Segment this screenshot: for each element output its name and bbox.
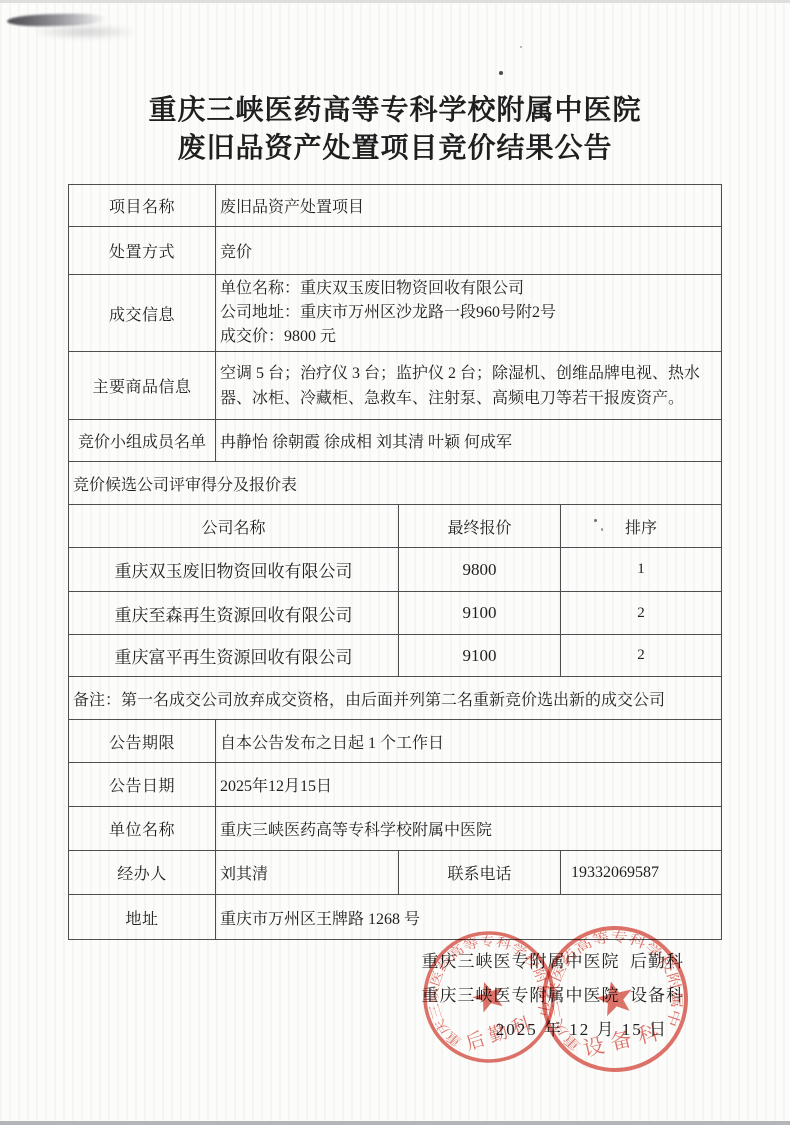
score-row: 重庆至森再生资源回收有限公司 9100 2 — [69, 592, 722, 635]
scan-top-edge — [0, 0, 790, 3]
announcement-table: 项目名称 废旧品资产处置项目 处置方式 竞价 成交信息 单位名称：重庆双玉废旧物… — [68, 184, 722, 940]
score-price: 9100 — [399, 592, 561, 635]
table-row: 主要商品信息 空调 5 台；治疗仪 3 台；监护仪 2 台；除湿机、创维品牌电视… — [69, 352, 722, 420]
remark-row: 备注：第一名成交公司放弃成交资格，由后面并列第二名重新竞价选出新的成交公司 — [69, 677, 722, 720]
notice-date-value: 2025年12月15日 — [216, 763, 722, 807]
phone-value: 19332069587 — [561, 851, 722, 895]
table-row: 竞价小组成员名单 冉静怡 徐朝霞 徐成相 刘其清 叶颖 何成军 — [69, 420, 722, 462]
score-row: 重庆富平再生资源回收有限公司 9100 2 — [69, 635, 722, 677]
score-header-row: 公司名称 最终报价 排序 — [69, 505, 722, 548]
agent-label: 经办人 — [69, 851, 216, 895]
address-label: 地址 — [69, 895, 216, 940]
score-company: 重庆至森再生资源回收有限公司 — [69, 592, 399, 635]
table-row: 竞价候选公司评审得分及报价表 — [69, 462, 722, 505]
unit-name-value: 重庆三峡医药高等专科学校附属中医院 — [216, 807, 722, 851]
deal-info-label: 成交信息 — [69, 275, 216, 352]
disposal-method-label: 处置方式 — [69, 227, 216, 275]
score-rank: 2 — [561, 635, 722, 677]
panel-label: 竞价小组成员名单 — [69, 420, 216, 462]
deal-info-value: 单位名称：重庆双玉废旧物资回收有限公司 公司地址：重庆市万州区沙龙路一段960号… — [216, 275, 722, 352]
score-price: 9800 — [399, 548, 561, 592]
table-row: 成交信息 单位名称：重庆双玉废旧物资回收有限公司 公司地址：重庆市万州区沙龙路一… — [69, 275, 722, 352]
score-header-company: 公司名称 — [69, 505, 399, 548]
title-line-2: 废旧品资产处置项目竞价结果公告 — [0, 130, 790, 168]
score-price: 9100 — [399, 635, 561, 677]
notice-date-label: 公告日期 — [69, 763, 216, 807]
title-line-1: 重庆三峡医药高等专科学校附属中医院 — [0, 92, 790, 130]
notice-period-label: 公告期限 — [69, 720, 216, 763]
score-header-rank: 排序 — [561, 505, 722, 548]
score-company: 重庆双玉废旧物资回收有限公司 — [69, 548, 399, 592]
score-rank: 1 — [561, 548, 722, 592]
seal-bottom-label: 设备科 — [581, 1019, 668, 1061]
table-row: 公告日期 2025年12月15日 — [69, 763, 722, 807]
unit-name-label: 单位名称 — [69, 807, 216, 851]
deal-price: 成交价：9800 元 — [220, 325, 717, 349]
table-row: 处置方式 竞价 — [69, 227, 722, 275]
score-table-title: 竞价候选公司评审得分及报价表 — [69, 462, 722, 505]
phone-label: 联系电话 — [399, 851, 561, 895]
panel-members: 冉静怡 徐朝霞 徐成相 刘其清 叶颖 何成军 — [216, 420, 722, 462]
score-header-price: 最终报价 — [399, 505, 561, 548]
seal-star-icon — [469, 977, 508, 1014]
score-company: 重庆富平再生资源回收有限公司 — [69, 635, 399, 677]
goods-value: 空调 5 台；治疗仪 3 台；监护仪 2 台；除湿机、创维品牌电视、热水器、冰柜… — [216, 352, 722, 420]
document-title: 重庆三峡医药高等专科学校附属中医院 废旧品资产处置项目竞价结果公告 — [0, 92, 790, 168]
score-row: 重庆双玉废旧物资回收有限公司 9800 1 — [69, 548, 722, 592]
remark-text: 备注：第一名成交公司放弃成交资格，由后面并列第二名重新竞价选出新的成交公司 — [69, 677, 722, 720]
table-row: 单位名称 重庆三峡医药高等专科学校附属中医院 — [69, 807, 722, 851]
seal-star-icon — [593, 977, 636, 1017]
scanned-document-page: 重庆三峡医药高等专科学校附属中医院 废旧品资产处置项目竞价结果公告 项目名称 废… — [0, 0, 790, 1125]
project-name-label: 项目名称 — [69, 185, 216, 227]
scan-bottom-edge — [0, 1121, 790, 1125]
notice-period-value: 自本公告发布之日起 1 个工作日 — [216, 720, 722, 763]
deal-address: 公司地址：重庆市万州区沙龙路一段960号附2号 — [220, 301, 717, 325]
project-name-value: 废旧品资产处置项目 — [216, 185, 722, 227]
table-row: 公告期限 自本公告发布之日起 1 个工作日 — [69, 720, 722, 763]
ink-speck — [499, 71, 503, 75]
score-rank: 2 — [561, 592, 722, 635]
agent-value: 刘其清 — [216, 851, 399, 895]
goods-label: 主要商品信息 — [69, 352, 216, 420]
deal-company: 单位名称：重庆双玉废旧物资回收有限公司 — [220, 277, 717, 301]
disposal-method-value: 竞价 — [216, 227, 722, 275]
agent-row: 经办人 刘其清 联系电话 19332069587 — [69, 851, 722, 895]
table-row: 项目名称 废旧品资产处置项目 — [69, 185, 722, 227]
ink-speck — [520, 46, 522, 48]
scan-smudge-shadow — [30, 24, 140, 40]
